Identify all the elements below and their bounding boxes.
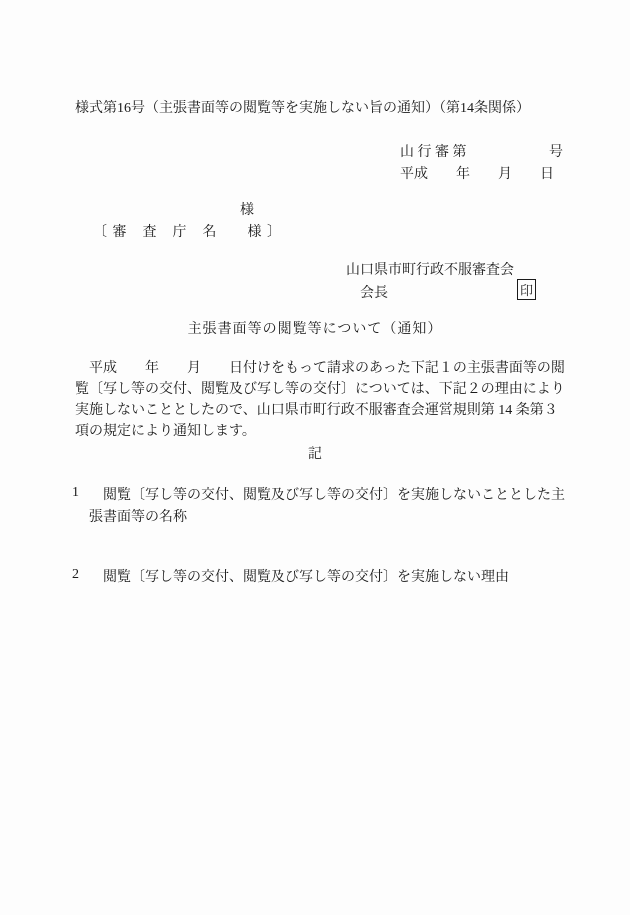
body-paragraph: 平成 年 月 日付けをもって請求のあった下記１の主張書面等の閲 覧〔写し等の交付…: [75, 358, 575, 442]
addressee-honorific: 様: [240, 199, 254, 219]
seal-placeholder: 印: [517, 279, 536, 300]
addressee-agency-note: 〔 審 査 庁 名 様 〕: [93, 221, 282, 241]
issuer-title: 会長: [360, 282, 388, 302]
ki-separator: 記: [0, 443, 630, 463]
form-number-label: 様式第16号（主張書面等の閲覧等を実施しない旨の通知）（第14条関係）: [75, 97, 530, 117]
document-subject: 主張書面等の閲覧等について（通知）: [0, 318, 630, 338]
item-1-number: 1: [72, 485, 79, 501]
date-line: 平成 年 月 日: [400, 163, 554, 183]
document-number-prefix: 山 行 審 第: [400, 141, 467, 161]
document-number-line: 山 行 審 第 号: [400, 141, 563, 161]
item-2-text: 閲覧〔写し等の交付、閲覧及び写し等の交付〕を実施しない理由: [89, 567, 569, 589]
item-1-text: 閲覧〔写し等の交付、閲覧及び写し等の交付〕を実施しないこととした主 張書面等の名…: [89, 485, 569, 529]
item-2-number: 2: [72, 567, 79, 583]
notice-form-page: 様式第16号（主張書面等の閲覧等を実施しない旨の通知）（第14条関係） 山 行 …: [0, 0, 630, 915]
issuer-organization: 山口県市町行政不服審査会: [346, 259, 514, 279]
document-number-suffix: 号: [549, 141, 563, 161]
